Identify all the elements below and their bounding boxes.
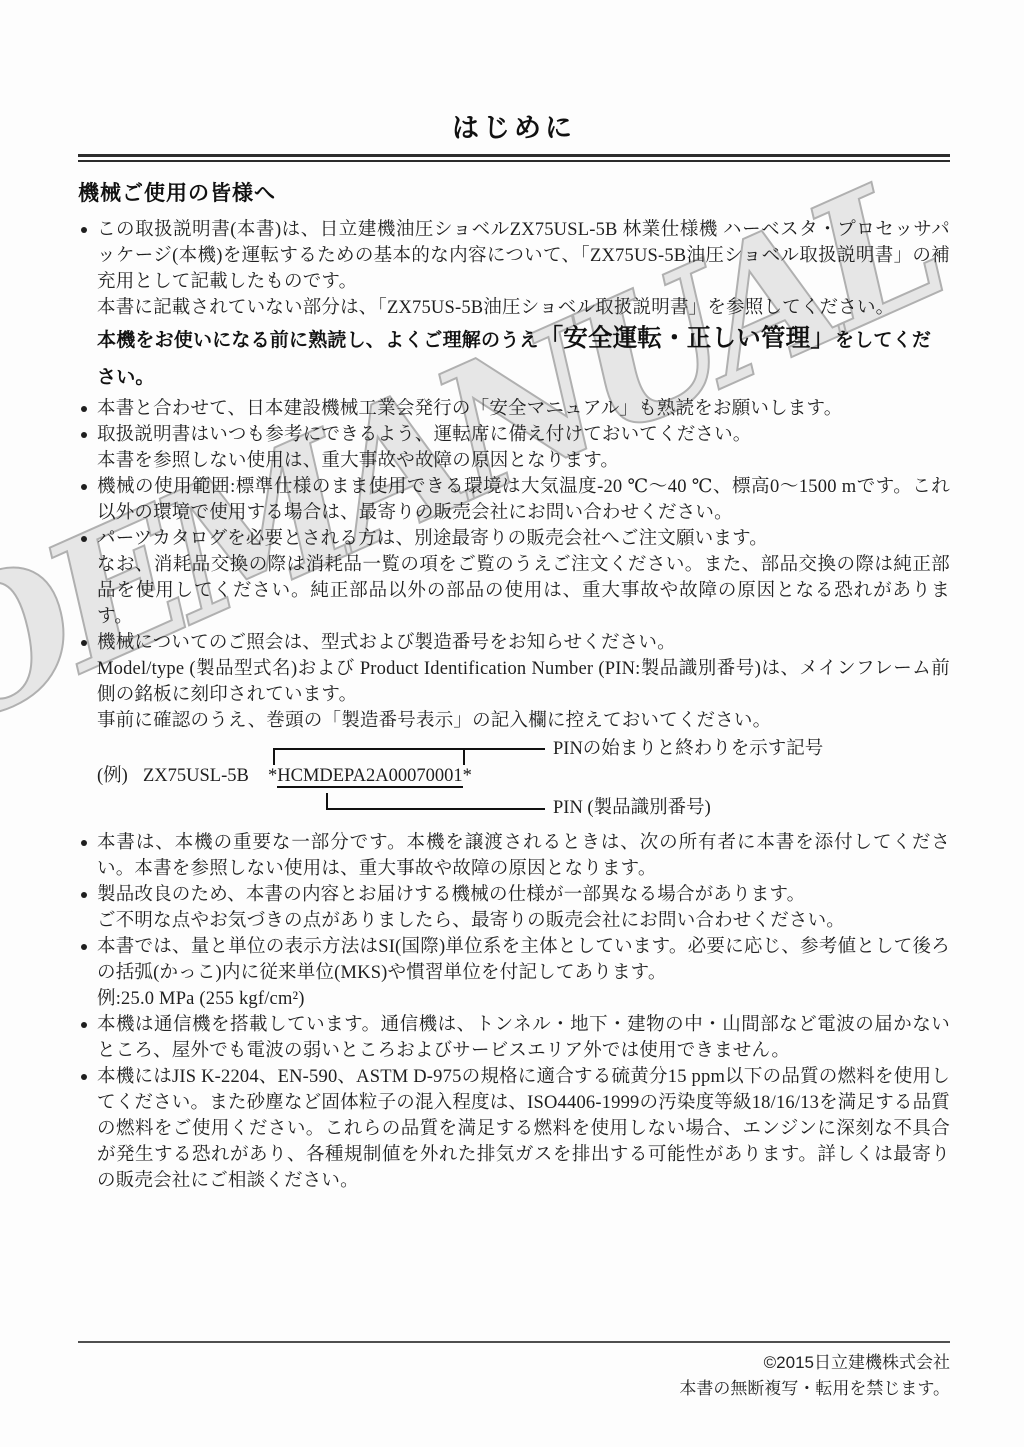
paragraph: 本書と合わせて、日本建設機械工業会発行の「安全マニュアル」も熟読をお願いします。 <box>97 396 950 422</box>
paragraph: ご不明な点やお気づきの点がありましたら、最寄りの販売会社にお問い合わせください。 <box>97 908 950 934</box>
serial-star-close: * <box>463 766 472 786</box>
emphasis-pre: 本機をお使いになる前に熟読し、よくご理解のうえ <box>97 330 539 351</box>
title-double-rule <box>78 154 950 162</box>
paragraph: パーツカタログを必要とされる方は、別途最寄りの販売会社へご注文願います。 <box>97 526 950 552</box>
bullet-item-improvement: 製品改良のため、本書の内容とお届けする機械の仕様が一部異なる場合があります。 ご… <box>78 882 950 934</box>
pin-bracket-line <box>273 748 545 750</box>
bullet-item-transfer: 本書は、本機の重要な一部分です。本機を譲渡されるときは、次の所有者に本書を添付し… <box>78 830 950 882</box>
paragraph: 本書を参照しない使用は、重大事故や故障の原因となります。 <box>97 448 950 474</box>
reproduction-notice: 本書の無断複写・転用を禁じます。 <box>78 1376 950 1402</box>
bullet-list: この取扱説明書(本書)は、日立建機油圧ショベルZX75USL-5B 林業仕様機 … <box>78 217 950 1194</box>
page-title: はじめに <box>78 106 950 145</box>
bullet-item-inquiry-pin: 機械についてのご照会は、型式および製造番号をお知らせください。 Model/ty… <box>78 630 950 829</box>
paragraph: 取扱説明書はいつも参考にできるよう、運転席に備え付けておいてください。 <box>97 422 950 448</box>
paragraph: 機械についてのご照会は、型式および製造番号をお知らせください。 <box>97 630 950 656</box>
serial-core: HCMDEPA2A00070001 <box>277 766 462 788</box>
paragraph: Model/type (製品型式名)および Product Identifica… <box>97 656 950 708</box>
paragraph: 本書は、本機の重要な一部分です。本機を譲渡されるときは、次の所有者に本書を添付し… <box>97 830 950 882</box>
page-content: はじめに 機械ご使用の皆様へ この取扱説明書(本書)は、日立建機油圧ショベルZX… <box>78 106 950 1194</box>
pin-callout-vline <box>326 793 328 808</box>
pin-callout-bottom-label: PIN (製品識別番号) <box>553 795 711 821</box>
paragraph: 本書に記載されていない部分は、「ZX75US-5B油圧ショベル取扱説明書」を参照… <box>97 295 950 321</box>
section-heading: 機械ご使用の皆様へ <box>78 177 950 207</box>
pin-callout-top-label: PINの始まりと終わりを示す記号 <box>553 736 823 762</box>
paragraph: 事前に確認のうえ、巻頭の「製造番号表示」の記入欄に控えておいてください。 <box>97 708 950 734</box>
unit-example-line: 例:25.0 MPa (255 kgf/cm²) <box>97 986 950 1012</box>
bullet-item-parts-catalog: パーツカタログを必要とされる方は、別途最寄りの販売会社へご注文願います。 なお、… <box>78 526 950 630</box>
paragraph: 本機にはJIS K-2204、EN-590、ASTM D-975の規格に適合する… <box>97 1064 950 1194</box>
pin-example-label: (例) <box>97 763 128 789</box>
footer-text: ©2015日立建機株式会社 本書の無断複写・転用を禁じます。 <box>78 1350 950 1402</box>
pin-example-serial: *HCMDEPA2A00070001* <box>268 763 472 789</box>
copyright-line: ©2015日立建機株式会社 <box>78 1350 950 1376</box>
bullet-item-operating-range: 機械の使用範囲:標準仕様のまま使用できる環境は大気温度-20 ℃〜40 ℃、標高… <box>78 474 950 526</box>
paragraph: 製品改良のため、本書の内容とお届けする機械の仕様が一部異なる場合があります。 <box>97 882 950 908</box>
emphasis-quote: 「安全運転・正しい管理」 <box>539 325 835 352</box>
bullet-item-fuel-quality: 本機にはJIS K-2204、EN-590、ASTM D-975の規格に適合する… <box>78 1064 950 1194</box>
bullet-item-safety-manual: 本書と合わせて、日本建設機械工業会発行の「安全マニュアル」も熟読をお願いします。 <box>78 396 950 422</box>
bullet-item-si-units: 本書では、量と単位の表示方法はSI(国際)単位系を主体としています。必要に応じ、… <box>78 934 950 1012</box>
bullet-item-keep-in-cab: 取扱説明書はいつも参考にできるよう、運転席に備え付けておいてください。 本書を参… <box>78 422 950 474</box>
paragraph: 本機は通信機を搭載しています。通信機は、トンネル・地下・建物の中・山間部など電波… <box>97 1012 950 1064</box>
serial-star-open: * <box>268 766 277 786</box>
paragraph: 本書では、量と単位の表示方法はSI(国際)単位系を主体としています。必要に応じ、… <box>97 934 950 986</box>
manual-intro-page: OEMANUAL はじめに 機械ご使用の皆様へ この取扱説明書(本書)は、日立建… <box>0 0 1024 1447</box>
bullet-item-about-manual: この取扱説明書(本書)は、日立建機油圧ショベルZX75USL-5B 林業仕様機 … <box>78 217 950 396</box>
pin-example-model: ZX75USL-5B <box>143 763 249 789</box>
page-footer: ©2015日立建機株式会社 本書の無断複写・転用を禁じます。 <box>78 1341 950 1402</box>
pin-callout-line <box>326 808 545 810</box>
bullet-item-communication: 本機は通信機を搭載しています。通信機は、トンネル・地下・建物の中・山間部など電波… <box>78 1012 950 1064</box>
pin-example-diagram: (例) ZX75USL-5B *HCMDEPA2A00070001* PINの始… <box>97 737 950 829</box>
paragraph: この取扱説明書(本書)は、日立建機油圧ショベルZX75USL-5B 林業仕様機 … <box>97 217 950 295</box>
footer-rule <box>78 1341 950 1343</box>
safety-emphasis-line: 本機をお使いになる前に熟読し、よくご理解のうえ「安全運転・正しい管理」をしてくだ… <box>97 321 950 396</box>
paragraph: なお、消耗品交換の際は消耗品一覧の項をご覧のうえご注文ください。また、部品交換の… <box>97 552 950 630</box>
paragraph: 機械の使用範囲:標準仕様のまま使用できる環境は大気温度-20 ℃〜40 ℃、標高… <box>97 474 950 526</box>
